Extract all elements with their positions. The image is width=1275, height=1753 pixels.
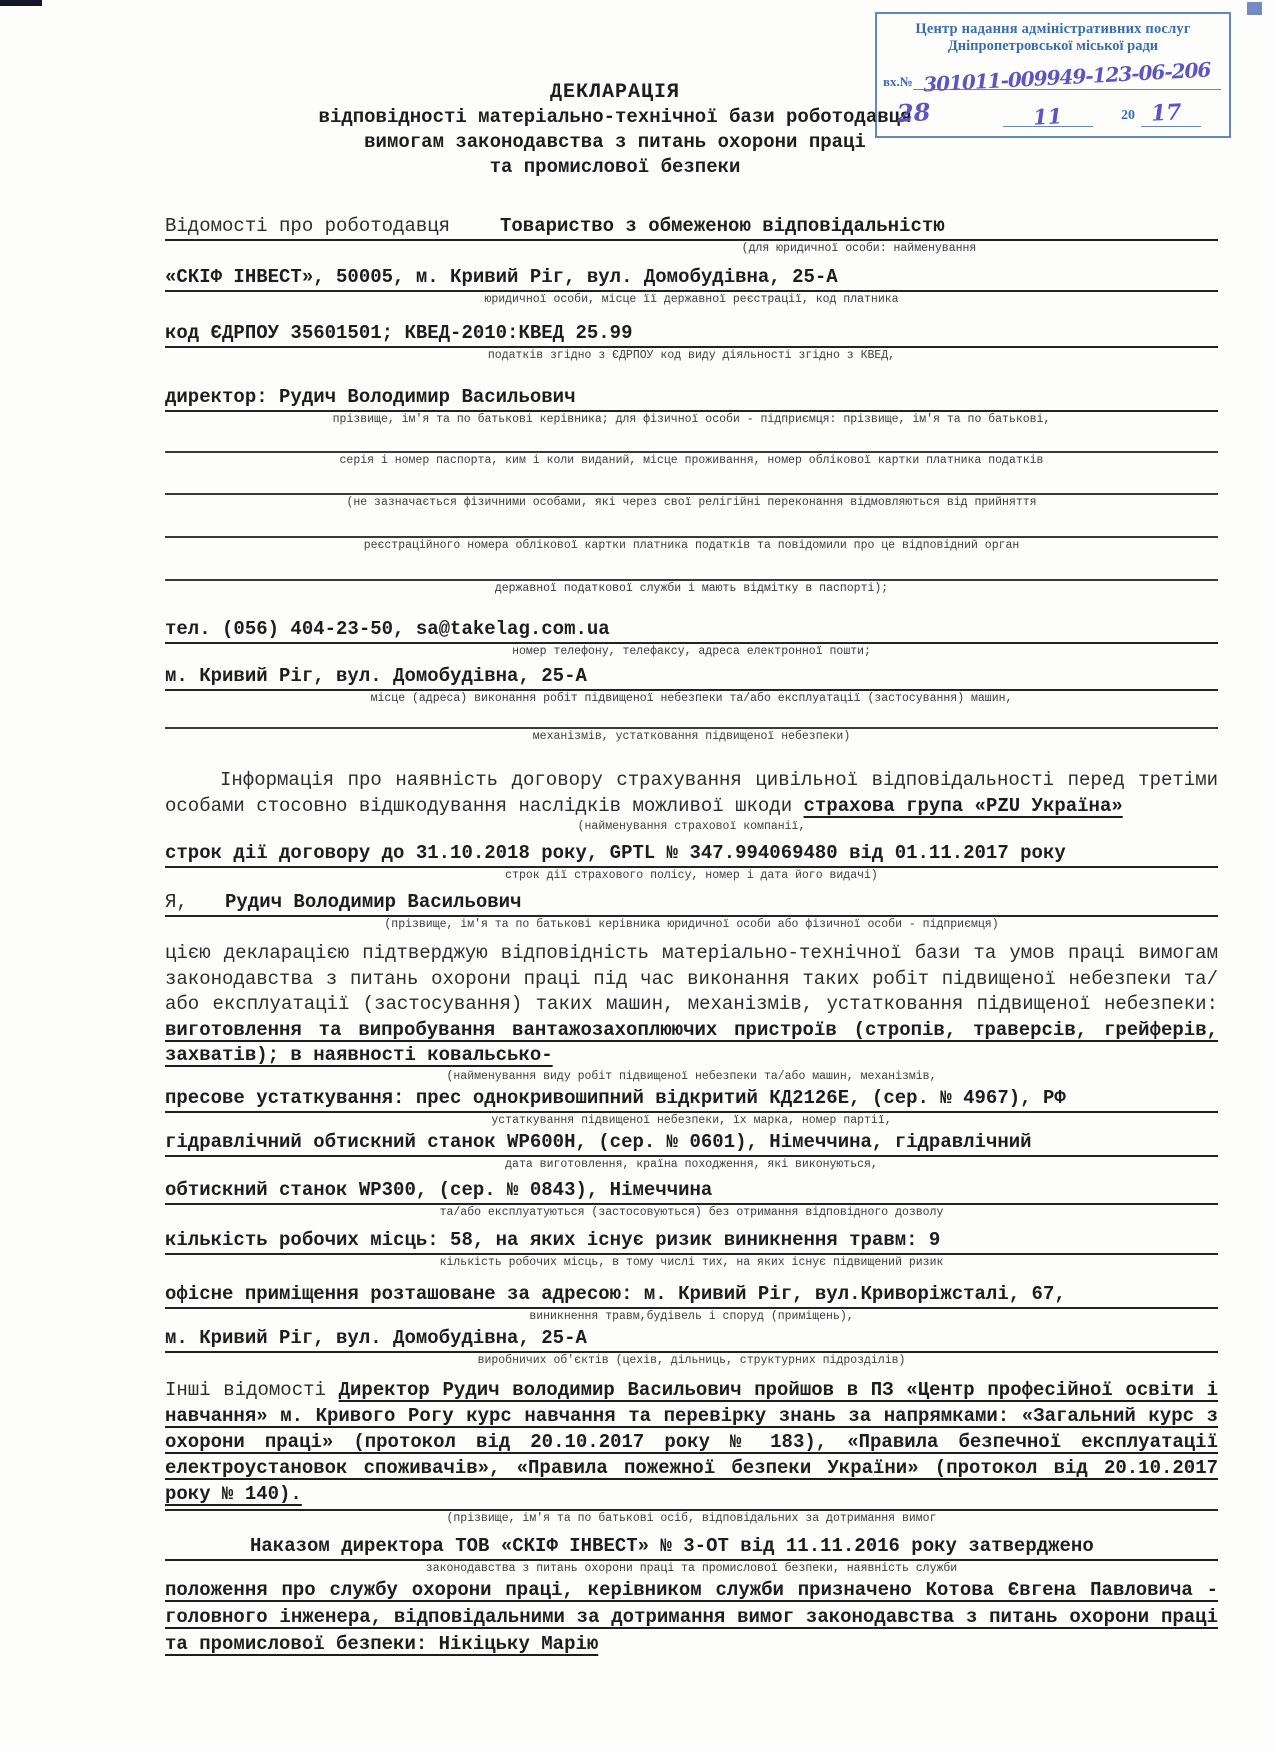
declaration-section: цією декларацією підтверджую відповідніс… [165, 941, 1218, 1085]
stamp-date-year: 17 [1150, 99, 1182, 127]
stamp-vx-number-handwritten: 301011-009949-123-06-206 [923, 58, 1211, 95]
blank-rule [165, 431, 1218, 453]
field-passport-blank-1: серія і номер паспорта, ким і коли видан… [165, 431, 1218, 469]
field-caption: (прізвище, ім'я та по батькові осіб, від… [165, 1511, 1218, 1527]
field-caption: механізмів, устатковання підвищеної небе… [165, 729, 1218, 745]
field-caption: кількість робочих місць, в тому числі ти… [165, 1255, 1218, 1271]
field-press-equipment: пресове устаткування: прес однокривошипн… [165, 1085, 1218, 1129]
title-line-4: та промислової безпеки [165, 155, 1065, 180]
stamp-org-line2: Дніпропетровської міської ради [877, 38, 1229, 55]
field-value: гідравлічний обтискний станок WP600H, (с… [165, 1129, 1218, 1155]
scanned-declaration-page: Центр надання адміністративних послуг Дн… [0, 0, 1275, 1753]
field-row: код ЄДРПОУ 35601501; КВЕД-2010:КВЕД 25.9… [165, 320, 1218, 348]
field-wp300-machine: обтискний станок WP300, (сер. № 0843), Н… [165, 1177, 1218, 1221]
other-info-section: Інші відомості Директор Рудич володимир … [165, 1377, 1218, 1527]
field-row: пресове устаткування: прес однокривошипн… [165, 1085, 1218, 1113]
field-caption: устаткування підвищеної небезпеки, їх ма… [165, 1113, 1218, 1129]
insurance-paragraph: Інформація про наявність договору страху… [165, 767, 1218, 819]
field-caption: (для юридичної особи: найменування [165, 241, 1218, 257]
field-caption: податків згідно з ЄДРПОУ код виду діяльн… [165, 348, 1218, 364]
field-production-address: м. Кривий Ріг, вул. Домобудівна, 25-А ви… [165, 1325, 1218, 1369]
blank-rule [165, 559, 1218, 581]
field-director: директор: Рудич Володимир Васильович прі… [165, 384, 1218, 428]
stamp-incoming-number-row: вх.№ 301011-009949-123-06-206 [883, 66, 1221, 90]
field-policy-term: строк дії договору до 31.10.2018 року, G… [165, 840, 1218, 884]
field-value: Рудич Володимир Васильович [225, 889, 1218, 915]
registry-stamp: Центр надання адміністративних послуг Дн… [875, 12, 1231, 138]
field-row: м. Кривий Ріг, вул. Домобудівна, 25-А [165, 1325, 1218, 1353]
field-caption: (найменування виду робіт підвищеної небе… [165, 1069, 1218, 1085]
field-value: пресове устаткування: прес однокривошипн… [165, 1085, 1218, 1111]
declaration-paragraph: цією декларацією підтверджую відповідніс… [165, 941, 1218, 1069]
field-caption: місце (адреса) виконання робіт підвищено… [165, 691, 1218, 707]
field-caption: дата виготовлення, країна походження, як… [165, 1157, 1218, 1173]
field-value: Товариство з обмеженою відповідальністю [500, 213, 1218, 239]
field-caption: (не зазначається фізичними особами, які … [165, 495, 1218, 511]
field-edrpou: код ЄДРПОУ 35601501; КВЕД-2010:КВЕД 25.9… [165, 320, 1218, 364]
field-passport-blank-4: державної податкової служби і мають відм… [165, 559, 1218, 597]
document-content: ДЕКЛАРАЦІЯ відповідності матеріально-тех… [165, 0, 1218, 1658]
field-value: офісне приміщення розташоване за адресою… [165, 1281, 1218, 1307]
field-value: кількість робочих місць: 58, на яких існ… [165, 1227, 1218, 1253]
declaration-works-value: виготовлення та випробування вантажозахо… [165, 1019, 1218, 1067]
field-value: строк дії договору до 31.10.2018 року, G… [165, 840, 1218, 866]
field-caption: юридичної особи, місце її державної реєс… [165, 292, 1218, 308]
blank-rule [165, 473, 1218, 495]
stamp-vx-label: вх.№ [883, 74, 913, 90]
field-office-address: офісне приміщення розташоване за адресою… [165, 1281, 1218, 1325]
field-caption: (найменування страхової компанії, [165, 819, 1218, 835]
field-caption: прізвище, ім'я та по батькові керівника;… [165, 412, 1218, 428]
field-passport-blank-2: (не зазначається фізичними особами, які … [165, 473, 1218, 511]
field-hydraulic-machine: гідравлічний обтискний станок WP600H, (с… [165, 1129, 1218, 1173]
field-caption: виробничих об'єктів (цехів, дільниць, ст… [165, 1353, 1218, 1369]
field-mechanisms-blank: механізмів, устатковання підвищеної небе… [165, 707, 1218, 745]
field-caption: номер телефону, телефаксу, адреса електр… [165, 644, 1218, 660]
field-caption: виникнення травм,будівель і споруд (прим… [165, 1309, 1218, 1325]
field-caption: реєстраційного номера облікової картки п… [165, 538, 1218, 554]
field-row: «СКІФ ІНВЕСТ», 50005, м. Кривий Ріг, вул… [165, 264, 1218, 292]
scan-artifact-top-right [1247, 2, 1262, 15]
field-row: офісне приміщення розташоване за адресою… [165, 1281, 1218, 1309]
stamp-year-line [1141, 126, 1201, 127]
blank-rule [165, 516, 1218, 538]
field-workplaces-count: кількість робочих місць: 58, на яких існ… [165, 1227, 1218, 1271]
final-paragraph-value: положення про службу охорони праці, кері… [165, 1579, 1218, 1655]
field-value: обтискний станок WP300, (сер. № 0843), Н… [165, 1177, 1218, 1203]
field-company-name: «СКІФ ІНВЕСТ», 50005, м. Кривий Ріг, вул… [165, 264, 1218, 308]
field-value: тел. (056) 404-23-50, sa@takelag.com.ua [165, 616, 1218, 642]
other-info-paragraph: Інші відомості Директор Рудич володимир … [165, 1377, 1218, 1507]
stamp-date-line [1003, 126, 1093, 127]
stamp-vx-number-line: 301011-009949-123-06-206 [913, 66, 1221, 90]
field-caption: строк дії страхового полісу, номер і дат… [165, 868, 1218, 884]
blank-rule [165, 707, 1218, 729]
stamp-year-prefix: 20 [1121, 108, 1135, 124]
field-value: м. Кривий Ріг, вул. Домобудівна, 25-А [165, 1325, 1218, 1351]
field-value: Наказом директора ТОВ «СКІФ ІНВЕСТ» № 3-… [250, 1533, 1218, 1559]
field-declarant: Я, Рудич Володимир Васильович (прізвище,… [165, 889, 1218, 933]
stamp-date-row: 28 11 20 17 [883, 102, 1221, 130]
field-label: Відомості про роботодавця [165, 213, 500, 239]
field-label: Я, [165, 889, 225, 915]
field-row: обтискний станок WP300, (сер. № 0843), Н… [165, 1177, 1218, 1205]
insurance-section: Інформація про наявність договору страху… [165, 767, 1218, 835]
field-row: Наказом директора ТОВ «СКІФ ІНВЕСТ» № 3-… [165, 1533, 1218, 1561]
stamp-org-line1: Центр надання адміністративних послуг [877, 21, 1229, 38]
field-work-address: м. Кривий Ріг, вул. Домобудівна, 25-А мі… [165, 663, 1218, 707]
field-passport-blank-3: реєстраційного номера облікової картки п… [165, 516, 1218, 554]
field-row: кількість робочих місць: 58, на яких існ… [165, 1227, 1218, 1255]
other-info-label: Інші відомості [165, 1379, 339, 1401]
field-caption: державної податкової служби і мають відм… [165, 581, 1218, 597]
field-value: код ЄДРПОУ 35601501; КВЕД-2010:КВЕД 25.9… [165, 320, 1218, 346]
field-row: Відомості про роботодавця Товариство з о… [165, 213, 1218, 241]
field-row: тел. (056) 404-23-50, sa@takelag.com.ua [165, 616, 1218, 644]
field-row: гідравлічний обтискний станок WP600H, (с… [165, 1129, 1218, 1157]
field-value: директор: Рудич Володимир Васильович [165, 384, 1218, 410]
field-order: Наказом директора ТОВ «СКІФ ІНВЕСТ» № 3-… [165, 1533, 1218, 1577]
field-row: м. Кривий Ріг, вул. Домобудівна, 25-А [165, 663, 1218, 691]
field-value: «СКІФ ІНВЕСТ», 50005, м. Кривий Ріг, вул… [165, 264, 1218, 290]
insurance-company-value: страхова група «PZU Україна» [804, 795, 1123, 817]
field-row: директор: Рудич Володимир Васильович [165, 384, 1218, 412]
field-phone-email: тел. (056) 404-23-50, sa@takelag.com.ua … [165, 616, 1218, 660]
scan-artifact-top-left [0, 0, 42, 6]
field-caption: законодавства з питань охорони праці та … [165, 1561, 1218, 1577]
field-caption: та/або експлуатуються (застосовуються) б… [165, 1205, 1218, 1221]
field-employer: Відомості про роботодавця Товариство з о… [165, 213, 1218, 257]
field-value: м. Кривий Ріг, вул. Домобудівна, 25-А [165, 663, 1218, 689]
field-caption: (прізвище, ім'я та по батькові керівника… [165, 917, 1218, 933]
stamp-date-day: 28 [896, 97, 931, 128]
final-paragraph: положення про службу охорони праці, кері… [165, 1577, 1218, 1658]
field-caption: серія і номер паспорта, ким і коли видан… [165, 453, 1218, 469]
field-row: строк дії договору до 31.10.2018 року, G… [165, 840, 1218, 868]
declaration-lead: цією декларацією підтверджую відповідніс… [165, 942, 1218, 1015]
field-row: Я, Рудич Володимир Васильович [165, 889, 1218, 917]
